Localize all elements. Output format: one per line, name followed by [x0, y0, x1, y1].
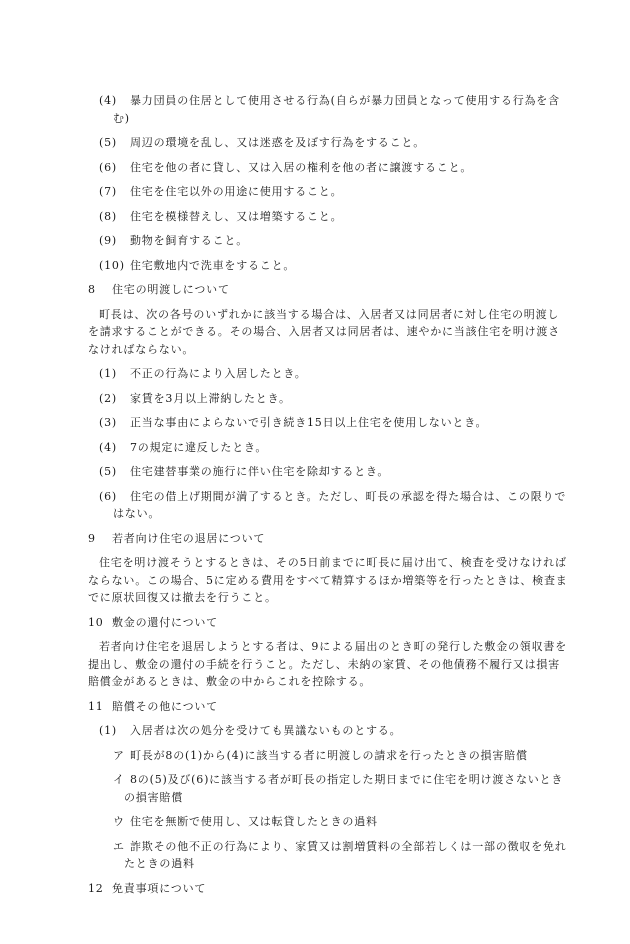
section-title: 免責事項について [112, 882, 206, 895]
list-item: エ詐欺その他不正の行為により、家賃又は割増賃料の全部若しくは一部の徴収を免れたと… [88, 838, 568, 873]
list-item: (4)7の規定に違反したとき。 [88, 439, 568, 457]
section-number: 9 [88, 530, 112, 548]
item-text: 8の(5)及び(6)に該当する者が町長の指定した期日までに住宅を明け渡さないとき… [124, 773, 563, 804]
item-text: 不正の行為により入居したとき。 [130, 367, 307, 380]
list-item: (10)住宅敷地内で洗車をすること。 [88, 257, 568, 275]
list-item: イ8の(5)及び(6)に該当する者が町長の指定した期日までに住宅を明け渡さないと… [88, 771, 568, 806]
item-text: 7の規定に違反したとき。 [130, 441, 267, 454]
item-text: 町長が8の(1)から(4)に該当する者に明渡しの請求を行ったときの損害賠償 [130, 749, 528, 762]
list-item: (6)住宅の借上げ期間が満了するとき。ただし、町長の承認を得た場合は、この限りで… [88, 488, 568, 523]
item-number: (5) [99, 134, 130, 152]
list-item: (7)住宅を住宅以外の用途に使用すること。 [88, 183, 568, 201]
item-number: イ [113, 771, 130, 789]
item-number: ア [113, 747, 130, 765]
item-number: (10) [99, 257, 130, 275]
item-number: (2) [99, 390, 130, 408]
item-text: 暴力団員の住居として使用させる行為(自らが暴力団員となって使用する行為を含む) [113, 94, 560, 125]
list-item: (1)不正の行為により入居したとき。 [88, 365, 568, 383]
item-text: 若者向け住宅を退居しようとする者は、9による届出のとき町の発行した敷金の領収書を… [88, 640, 567, 688]
item-number: (9) [99, 232, 130, 250]
list-item: (1)入居者は次の処分を受けても異議ないものとする。 [88, 722, 568, 740]
item-number: (4) [99, 92, 130, 110]
item-number: (1) [99, 365, 130, 383]
list-item: (4)暴力団員の住居として使用させる行為(自らが暴力団員となって使用する行為を含… [88, 92, 568, 127]
section-heading: 8住宅の明渡しについて [88, 281, 568, 299]
section-heading: 11賠償その他について [88, 698, 568, 716]
item-text: 住宅敷地内で洗車をすること。 [130, 259, 295, 272]
list-item: ウ住宅を無断で使用し、又は転貸したときの過料 [88, 813, 568, 831]
list-item: (2)家賃を3月以上滞納したとき。 [88, 390, 568, 408]
item-number: (7) [99, 183, 130, 201]
section-number: 10 [88, 614, 112, 632]
item-number: (3) [99, 414, 130, 432]
item-number: (6) [99, 159, 130, 177]
body-paragraph: 若者向け住宅を退居しようとする者は、9による届出のとき町の発行した敷金の領収書を… [88, 638, 568, 691]
list-item: (3)正当な事由によらないで引き続き15日以上住宅を使用しないとき。 [88, 414, 568, 432]
section-title: 賠償その他について [112, 700, 218, 713]
section-number: 8 [88, 281, 112, 299]
item-text: 住宅を無断で使用し、又は転貸したときの過料 [130, 815, 378, 828]
body-paragraph: 住宅を明け渡そうとするときは、その5日前までに町長に届け出て、検査を受けなければ… [88, 554, 568, 607]
item-number: (1) [99, 722, 130, 740]
item-text: 住宅建替事業の施行に伴い住宅を除却するとき。 [130, 465, 389, 478]
item-text: 詐欺その他不正の行為により、家賃又は割増賃料の全部若しくは一部の徴収を免れたとき… [124, 840, 567, 871]
item-text: 家賃を3月以上滞納したとき。 [130, 392, 291, 405]
section-title: 住宅の明渡しについて [112, 283, 230, 296]
item-number: ウ [113, 813, 130, 831]
item-text: 正当な事由によらないで引き続き15日以上住宅を使用しないとき。 [130, 416, 487, 429]
item-number: (6) [99, 488, 130, 506]
item-text: 住宅を明け渡そうとするときは、その5日前までに町長に届け出て、検査を受けなければ… [88, 556, 568, 604]
item-number: (8) [99, 208, 130, 226]
item-text: 住宅を模様替えし、又は増築すること。 [130, 210, 342, 223]
item-text: 住宅の借上げ期間が満了するとき。ただし、町長の承認を得た場合は、この限りではない… [113, 490, 566, 521]
item-text: 動物を飼育すること。 [130, 234, 248, 247]
body-paragraph: 町長は、次の各号のいずれかに該当する場合は、入居者又は同居者に対し住宅の明渡しを… [88, 306, 568, 359]
item-text: 入居者は次の処分を受けても異議ないものとする。 [130, 724, 401, 737]
list-item: ア町長が8の(1)から(4)に該当する者に明渡しの請求を行ったときの損害賠償 [88, 747, 568, 765]
list-item: (6)住宅を他の者に貸し、又は入居の権利を他の者に譲渡すること。 [88, 159, 568, 177]
item-text: 町長は、次の各号のいずれかに該当する場合は、入居者又は同居者に対し住宅の明渡しを… [88, 308, 560, 356]
list-item: (5)周辺の環境を乱し、又は迷惑を及ぼす行為をすること。 [88, 134, 568, 152]
item-text: 住宅を住宅以外の用途に使用すること。 [130, 185, 342, 198]
section-title: 敷金の還付について [112, 616, 218, 629]
list-item: (5)住宅建替事業の施行に伴い住宅を除却するとき。 [88, 463, 568, 481]
item-text: 住宅を他の者に貸し、又は入居の権利を他の者に譲渡すること。 [130, 161, 472, 174]
item-number: (4) [99, 439, 130, 457]
item-number: エ [113, 838, 130, 856]
section-title: 若者向け住宅の退居について [112, 532, 265, 545]
list-item: (8)住宅を模様替えし、又は増築すること。 [88, 208, 568, 226]
item-text: 周辺の環境を乱し、又は迷惑を及ぼす行為をすること。 [130, 136, 425, 149]
section-heading: 9若者向け住宅の退居について [88, 530, 568, 548]
section-number: 11 [88, 698, 112, 716]
item-number: (5) [99, 463, 130, 481]
section-number: 12 [88, 880, 112, 898]
section-heading: 12免責事項について [88, 880, 568, 898]
section-heading: 10敷金の還付について [88, 614, 568, 632]
list-item: (9)動物を飼育すること。 [88, 232, 568, 250]
document-body: (4)暴力団員の住居として使用させる行為(自らが暴力団員となって使用する行為を含… [88, 92, 568, 897]
document-page: (4)暴力団員の住居として使用させる行為(自らが暴力団員となって使用する行為を含… [0, 0, 630, 944]
